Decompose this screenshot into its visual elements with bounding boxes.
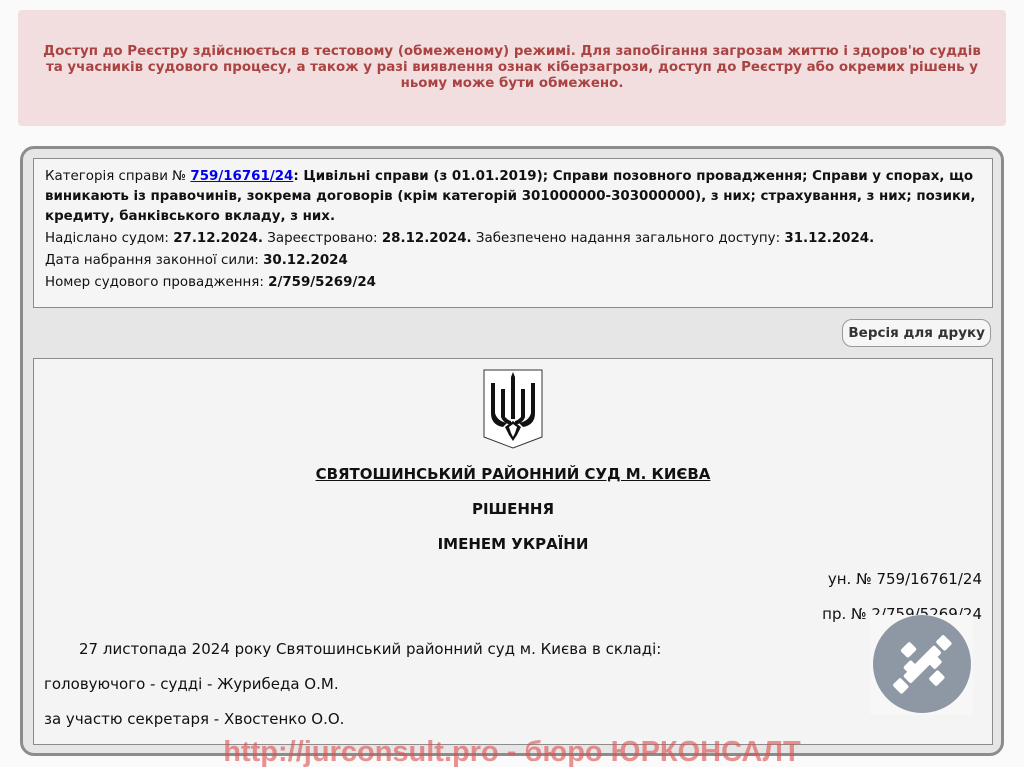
access-warning-alert: Доступ до Реєстру здійснюється в тестово… (18, 10, 1006, 126)
decision-document: СВЯТОШИНСЬКИЙ РАЙОННИЙ СУД М. КИЄВА РІШЕ… (33, 358, 993, 745)
in-the-name-heading: ІМЕНЕМ УКРАЇНИ (34, 535, 992, 553)
case-category: Категорія справи № 759/16761/24: Цивільн… (45, 167, 981, 227)
case-number-link[interactable]: 759/16761/24 (190, 169, 293, 184)
sent-label: Надіслано судом: (45, 231, 169, 246)
category-label: Категорія справи № (45, 169, 186, 184)
decision-paragraph: за участю секретаря - Хвостенко О.О. (44, 710, 344, 728)
effective-label: Дата набрання законної сили: (45, 253, 259, 268)
registered-date: 28.12.2024. (382, 231, 472, 246)
unique-case-number: ун. № 759/16761/24 (828, 570, 982, 588)
proceeding-line: Номер судового провадження: 2/759/5269/2… (45, 273, 981, 293)
effective-date-line: Дата набрання законної сили: 30.12.2024 (45, 251, 981, 271)
puzzle-circle-logo-icon (870, 615, 973, 715)
alert-text: Доступ до Реєстру здійснюється в тестово… (34, 44, 990, 92)
sent-date: 27.12.2024. (173, 231, 263, 246)
proceeding-number: 2/759/5269/24 (268, 275, 376, 290)
ukraine-coat-of-arms-icon (483, 369, 543, 449)
decision-paragraph: головуючого - судді - Журибеда О.М. (44, 675, 339, 693)
registered-label: Зареєстровано: (267, 231, 377, 246)
effective-date: 30.12.2024 (263, 253, 348, 268)
public-access-label: Забезпечено надання загального доступу: (476, 231, 780, 246)
case-info-panel: Категорія справи № 759/16761/24: Цивільн… (33, 158, 993, 308)
print-version-button[interactable]: Версія для друку (842, 319, 991, 347)
dates-line: Надіслано судом: 27.12.2024. Зареєстрова… (45, 229, 981, 249)
decision-paragraph: 27 листопада 2024 року Святошинський рай… (44, 640, 661, 658)
public-access-date: 31.12.2024. (784, 231, 874, 246)
decision-title: РІШЕННЯ (34, 500, 992, 518)
proceeding-label: Номер судового провадження: (45, 275, 264, 290)
decision-container: Категорія справи № 759/16761/24: Цивільн… (20, 146, 1004, 756)
court-name: СВЯТОШИНСЬКИЙ РАЙОННИЙ СУД М. КИЄВА (34, 465, 992, 483)
